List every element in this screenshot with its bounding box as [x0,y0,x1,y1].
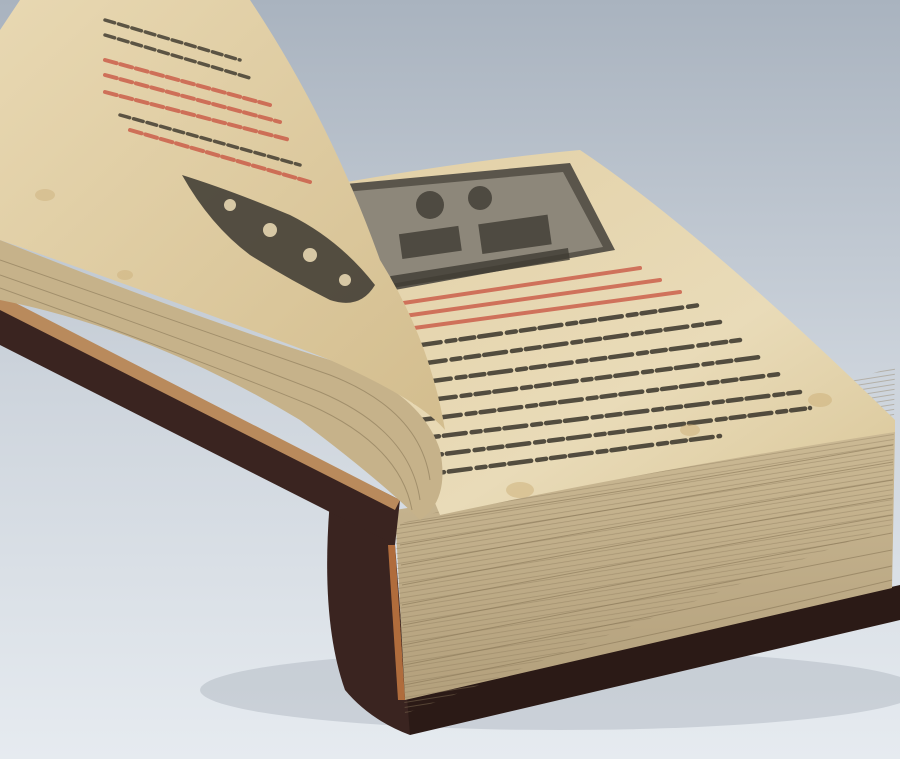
book-illustration [0,0,900,759]
book-photo: An old open book lying on a light surfac… [0,0,900,759]
